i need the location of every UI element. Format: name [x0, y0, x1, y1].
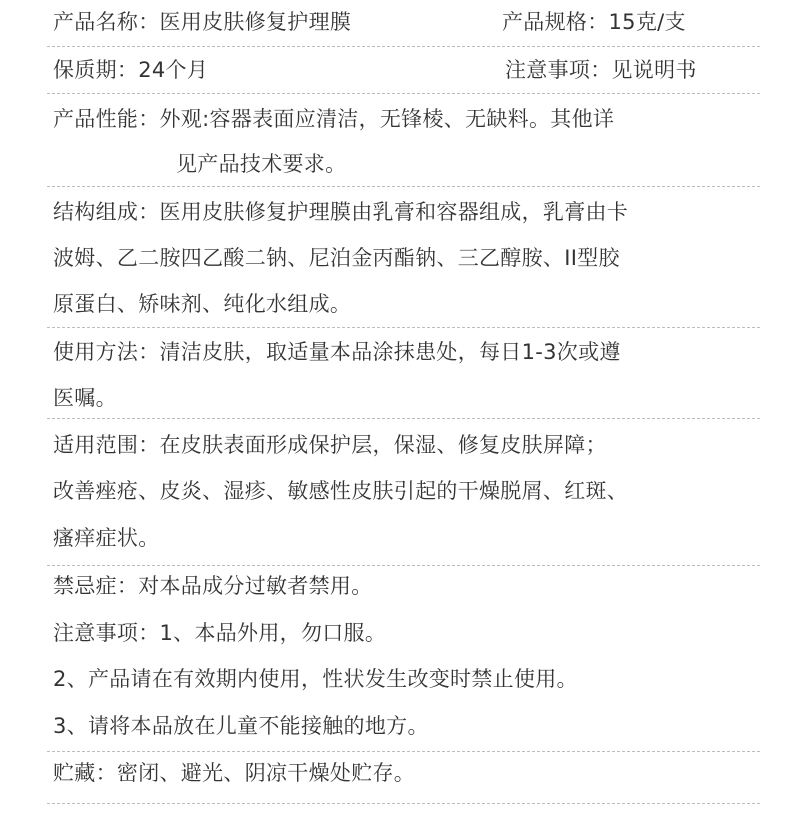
product-name: 产品名称：医用皮肤修复护理膜: [53, 7, 351, 37]
divider: [47, 803, 760, 804]
shelf-life: 保质期：24个月: [53, 55, 208, 85]
divider: [47, 565, 760, 566]
contraindication: 禁忌症：对本品成分过敏者禁用。: [53, 571, 373, 601]
precautions-line-2: 2、产品请在有效期内使用，性状发生改变时禁止使用。: [53, 664, 578, 694]
composition-line-2: 波姆、乙二胺四乙酸二钠、尼泊金丙酯钠、三乙醇胺、II型胶: [53, 243, 620, 273]
divider: [47, 751, 760, 752]
usage-line-1: 使用方法：清洁皮肤，取适量本品涂抹患处，每日1-3次或遵: [53, 337, 621, 367]
notice-brief: 注意事项：见说明书: [505, 55, 697, 85]
scope-line-1: 适用范围：在皮肤表面形成保护层，保湿、修复皮肤屏障；: [53, 430, 607, 460]
divider: [47, 46, 760, 47]
product-spec: 产品规格：15克/支: [502, 7, 686, 37]
precautions-line-1: 注意事项：1、本品外用，勿口服。: [53, 618, 386, 648]
storage: 贮藏：密闭、避光、阴凉干燥处贮存。: [53, 758, 415, 788]
divider: [47, 186, 760, 187]
scope-line-2: 改善痤疮、皮炎、湿疹、敏感性皮肤引起的干燥脱屑、红斑、: [53, 476, 628, 506]
precautions-line-3: 3、请将本品放在儿童不能接触的地方。: [53, 711, 429, 741]
composition-line-3: 原蛋白、矫味剂、纯化水组成。: [53, 289, 351, 319]
scope-line-3: 瘙痒症状。: [53, 523, 160, 553]
composition-line-1: 结构组成：医用皮肤修复护理膜由乳膏和容器组成，乳膏由卡: [53, 197, 628, 227]
performance-line-1: 产品性能：外观:容器表面应清洁，无锋棱、无缺料。其他详: [53, 104, 614, 134]
usage-line-2: 医嘱。: [53, 383, 117, 413]
performance-line-2: 见产品技术要求。: [176, 149, 346, 179]
divider: [47, 327, 760, 328]
divider: [47, 93, 760, 94]
divider: [47, 418, 760, 419]
